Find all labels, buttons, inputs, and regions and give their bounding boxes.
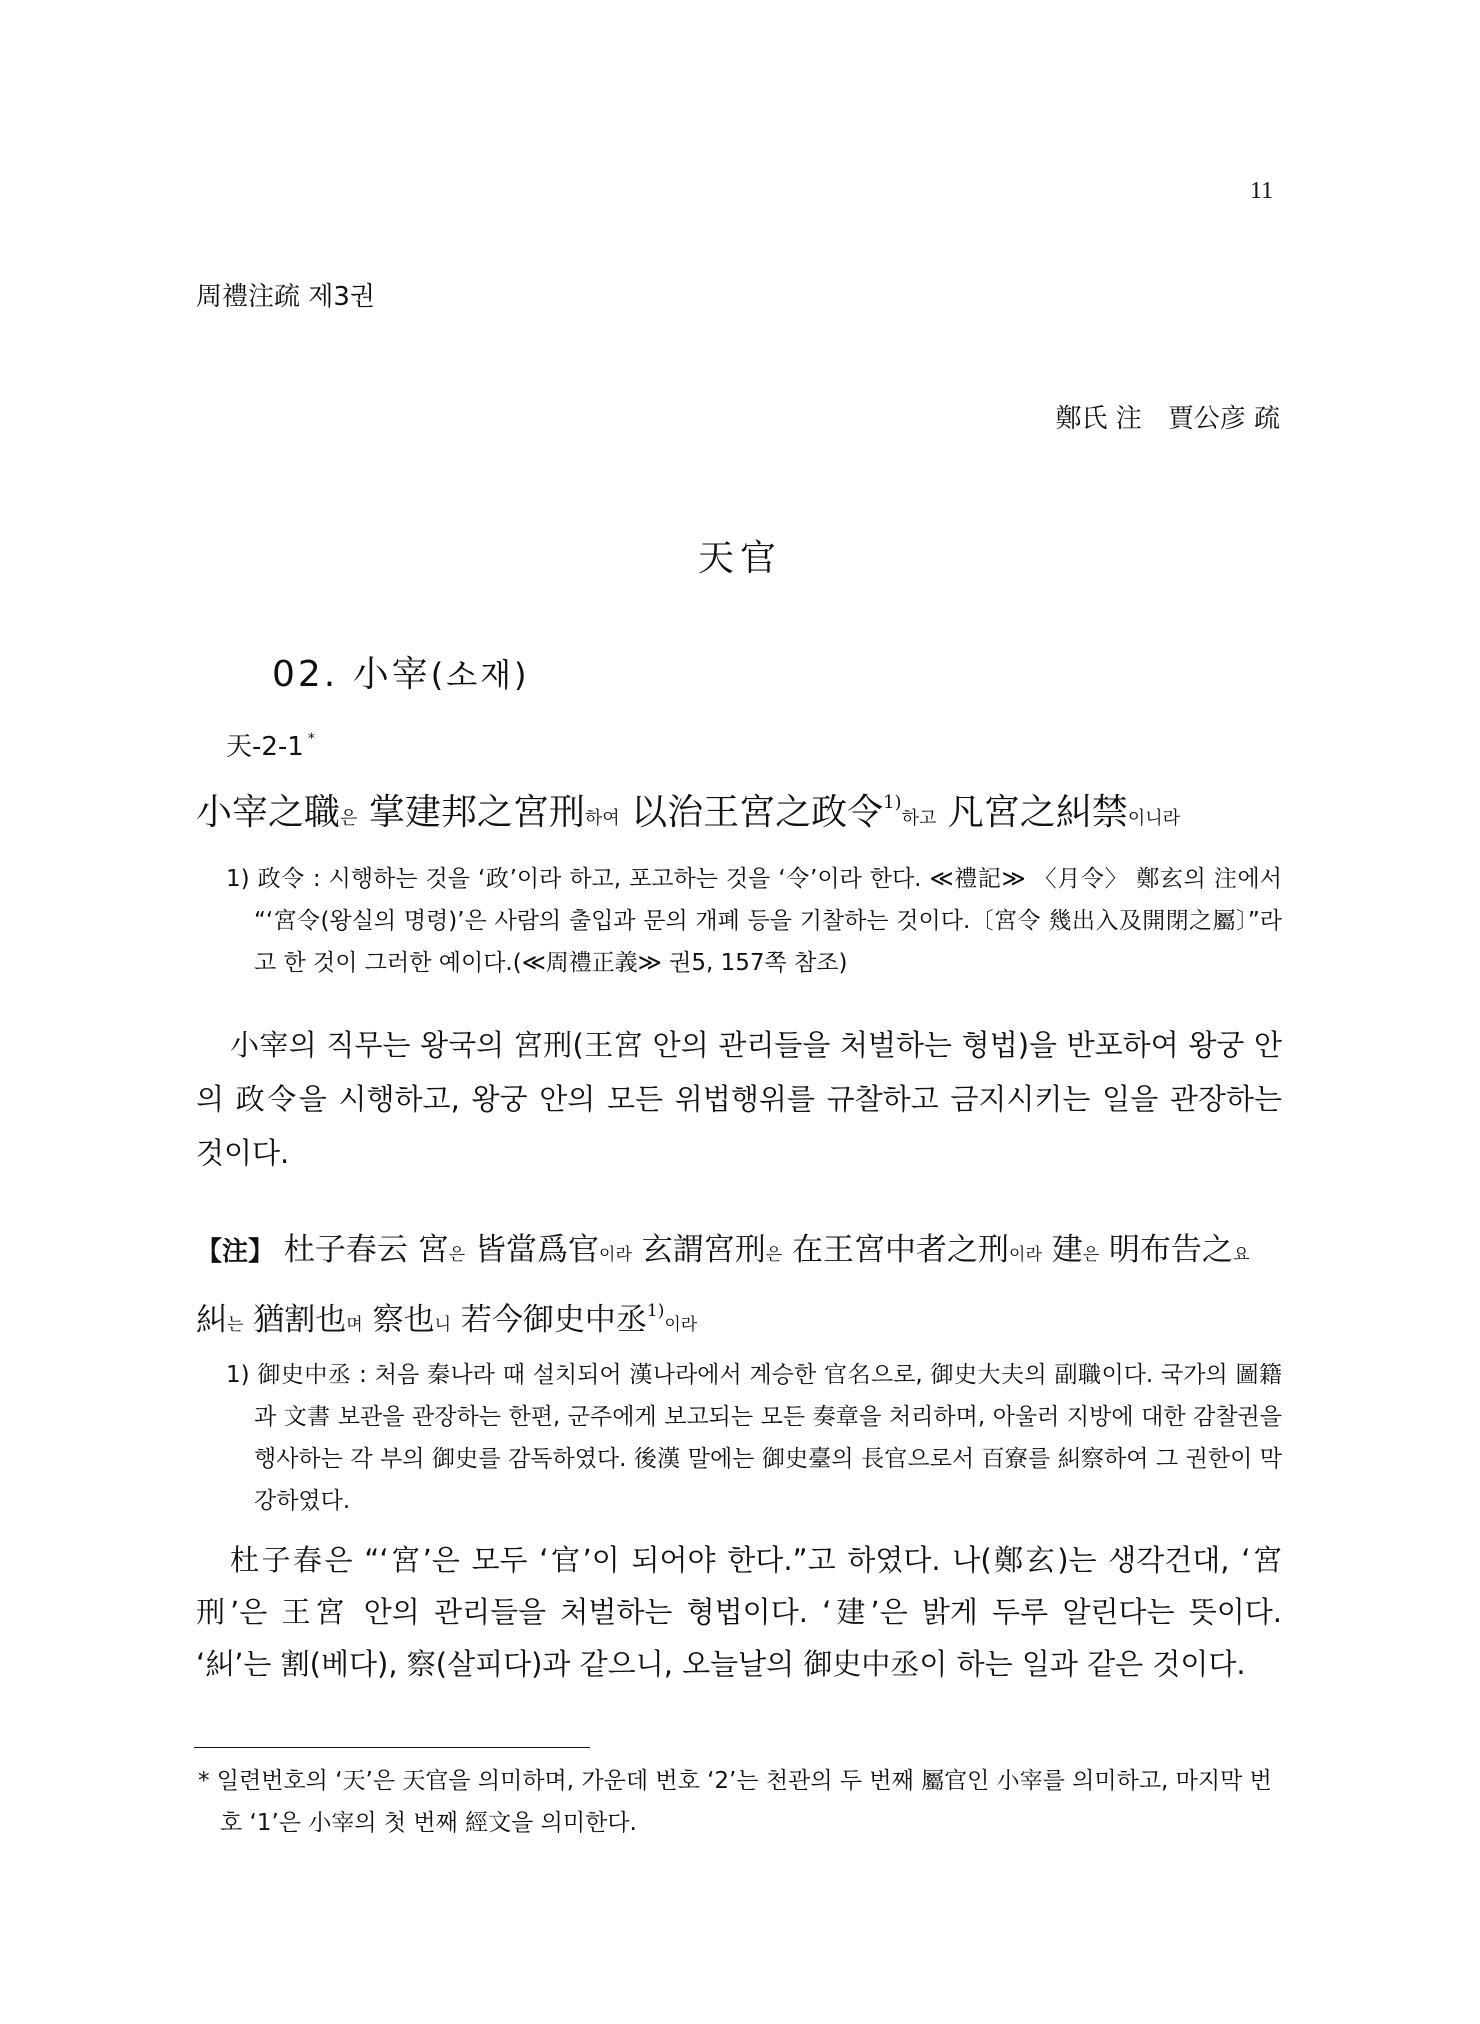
hanja-segment: 在王宮中者之刑 bbox=[782, 1232, 1009, 1268]
page-number: 11 bbox=[1250, 178, 1273, 205]
hanja-segment: 玄謂宮刑 bbox=[632, 1232, 766, 1268]
running-head: 周禮注疏 제3권 bbox=[196, 276, 375, 313]
chapter-heading: 02. 小宰(소재) bbox=[272, 646, 530, 697]
entry-id-label: 天-2-1 bbox=[226, 732, 304, 762]
translation-paragraph-2: 杜子春은 “‘宮’은 모두 ‘官’이 되어야 한다.”고 하였다. 나(鄭玄)는… bbox=[196, 1534, 1282, 1690]
chapter-title: 小宰 bbox=[353, 654, 431, 695]
korean-particle: 은 bbox=[340, 808, 357, 829]
classic-text: 小宰之職은 掌建邦之宮刑하여 以治王宮之政令1)하고 凡宮之糾禁이니라 bbox=[196, 784, 1180, 835]
korean-particle: 하고 bbox=[902, 808, 937, 829]
entry-id-marker[interactable]: * bbox=[308, 731, 315, 747]
hanja-segment: 凡宮之糾禁 bbox=[936, 792, 1127, 833]
section-title: 天官 bbox=[0, 530, 1480, 581]
commentary-text: 【注】 杜子春云 宮은 皆當爲官이라 玄謂宮刑은 在王宮中者之刑이라 建은 明布… bbox=[196, 1222, 1282, 1353]
hanja-segment: 察也 bbox=[363, 1302, 435, 1338]
hanja-segment: 明布告之 bbox=[1099, 1232, 1233, 1268]
chapter-reading: (소재) bbox=[431, 656, 530, 694]
footnote-ref[interactable]: 1) bbox=[883, 792, 901, 813]
korean-particle: 며 bbox=[346, 1315, 362, 1335]
commentary-tag: 【注】 bbox=[196, 1237, 274, 1267]
page-footnote: * 일련번호의 ‘天’은 天官을 의미하며, 가운데 번호 ‘2’는 천관의 두… bbox=[198, 1760, 1282, 1844]
footnote-ref[interactable]: 1) bbox=[647, 1301, 664, 1321]
korean-particle: 니 bbox=[435, 1315, 451, 1335]
korean-particle: 는 bbox=[227, 1315, 243, 1335]
entry-id: 天-2-1* bbox=[226, 726, 315, 763]
hanja-segment: 猶割也 bbox=[243, 1302, 346, 1338]
korean-particle: 이라 bbox=[664, 1315, 697, 1335]
hanja-segment: 掌建邦之宮刑 bbox=[357, 792, 584, 833]
chapter-number: 02. bbox=[272, 654, 338, 695]
korean-particle: 이니라 bbox=[1128, 808, 1180, 829]
korean-particle: 은 bbox=[1083, 1245, 1099, 1265]
hanja-segment: 杜子春云 宮 bbox=[274, 1232, 449, 1268]
korean-particle: 이라 bbox=[1009, 1245, 1042, 1265]
korean-particle: 은 bbox=[766, 1245, 782, 1265]
footnote-2: 1) 御史中丞 : 처음 秦나라 때 설치되어 漢나라에서 계승한 官名으로, … bbox=[226, 1354, 1282, 1522]
translation-paragraph-1: 小宰의 직무는 왕국의 宮刑(王宮 안의 관리들을 처벌하는 형법)을 반포하여… bbox=[196, 1018, 1282, 1180]
korean-particle: 은 bbox=[449, 1245, 465, 1265]
footnote-1: 1) 政令 : 시행하는 것을 ‘政’이라 하고, 포고하는 것을 ‘令’이라 … bbox=[226, 858, 1282, 984]
hanja-segment: 若今御史中丞 bbox=[451, 1302, 647, 1338]
korean-particle: 요 bbox=[1233, 1245, 1249, 1265]
hanja-segment: 以治王宮之政令 bbox=[620, 792, 883, 833]
korean-particle: 이라 bbox=[599, 1245, 632, 1265]
attribution: 鄭氏 注 賈公彦 疏 bbox=[1055, 398, 1280, 435]
korean-particle: 하여 bbox=[585, 808, 620, 829]
hanja-segment: 糾 bbox=[196, 1302, 227, 1338]
footnote-divider bbox=[194, 1747, 590, 1748]
hanja-segment: 建 bbox=[1042, 1232, 1083, 1268]
hanja-segment: 小宰之職 bbox=[196, 792, 340, 833]
hanja-segment: 皆當爲官 bbox=[465, 1232, 599, 1268]
